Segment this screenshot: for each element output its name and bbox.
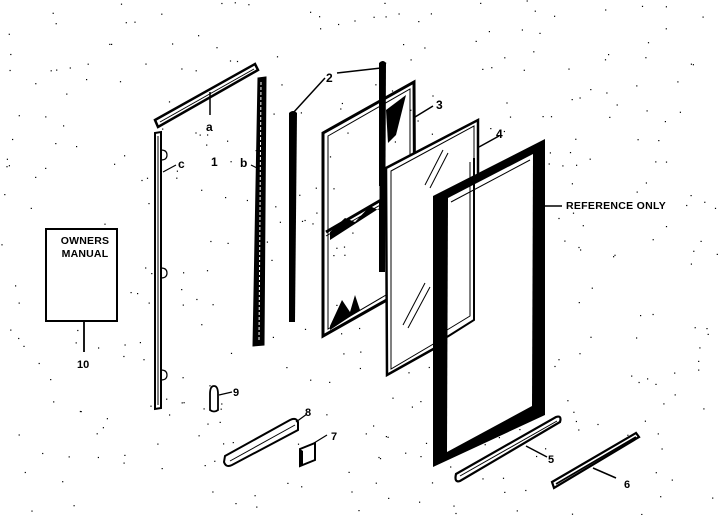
owners-manual-title: OWNERS MANUAL <box>51 235 119 261</box>
callout-4: 4 <box>496 127 503 141</box>
reference-only-label: REFERENCE ONLY <box>566 201 666 212</box>
callout-c: c <box>178 157 185 171</box>
callout-8: 8 <box>305 407 311 419</box>
part-9-cap[interactable] <box>210 386 232 412</box>
part-7-clip[interactable] <box>300 435 327 466</box>
part-2-gasket-strips[interactable] <box>289 61 386 322</box>
callout-a: a <box>206 120 213 134</box>
reference-door-frame[interactable] <box>433 139 562 467</box>
callout-2: 2 <box>326 71 333 85</box>
callout-3: 3 <box>436 98 443 112</box>
callout-1: 1 <box>211 155 218 169</box>
callout-b: b <box>240 156 247 170</box>
part-8-handle[interactable] <box>224 414 307 466</box>
part-c-left-strip[interactable] <box>155 132 176 409</box>
callout-6: 6 <box>624 479 630 491</box>
part-b-right-strip[interactable] <box>251 77 266 346</box>
part-a-top-rail[interactable] <box>155 64 258 127</box>
callout-9: 9 <box>233 387 239 399</box>
owners-manual[interactable]: OWNERS MANUAL <box>45 228 118 322</box>
callout-5: 5 <box>548 454 554 466</box>
callout-10: 10 <box>77 359 89 371</box>
callout-7: 7 <box>331 431 337 443</box>
